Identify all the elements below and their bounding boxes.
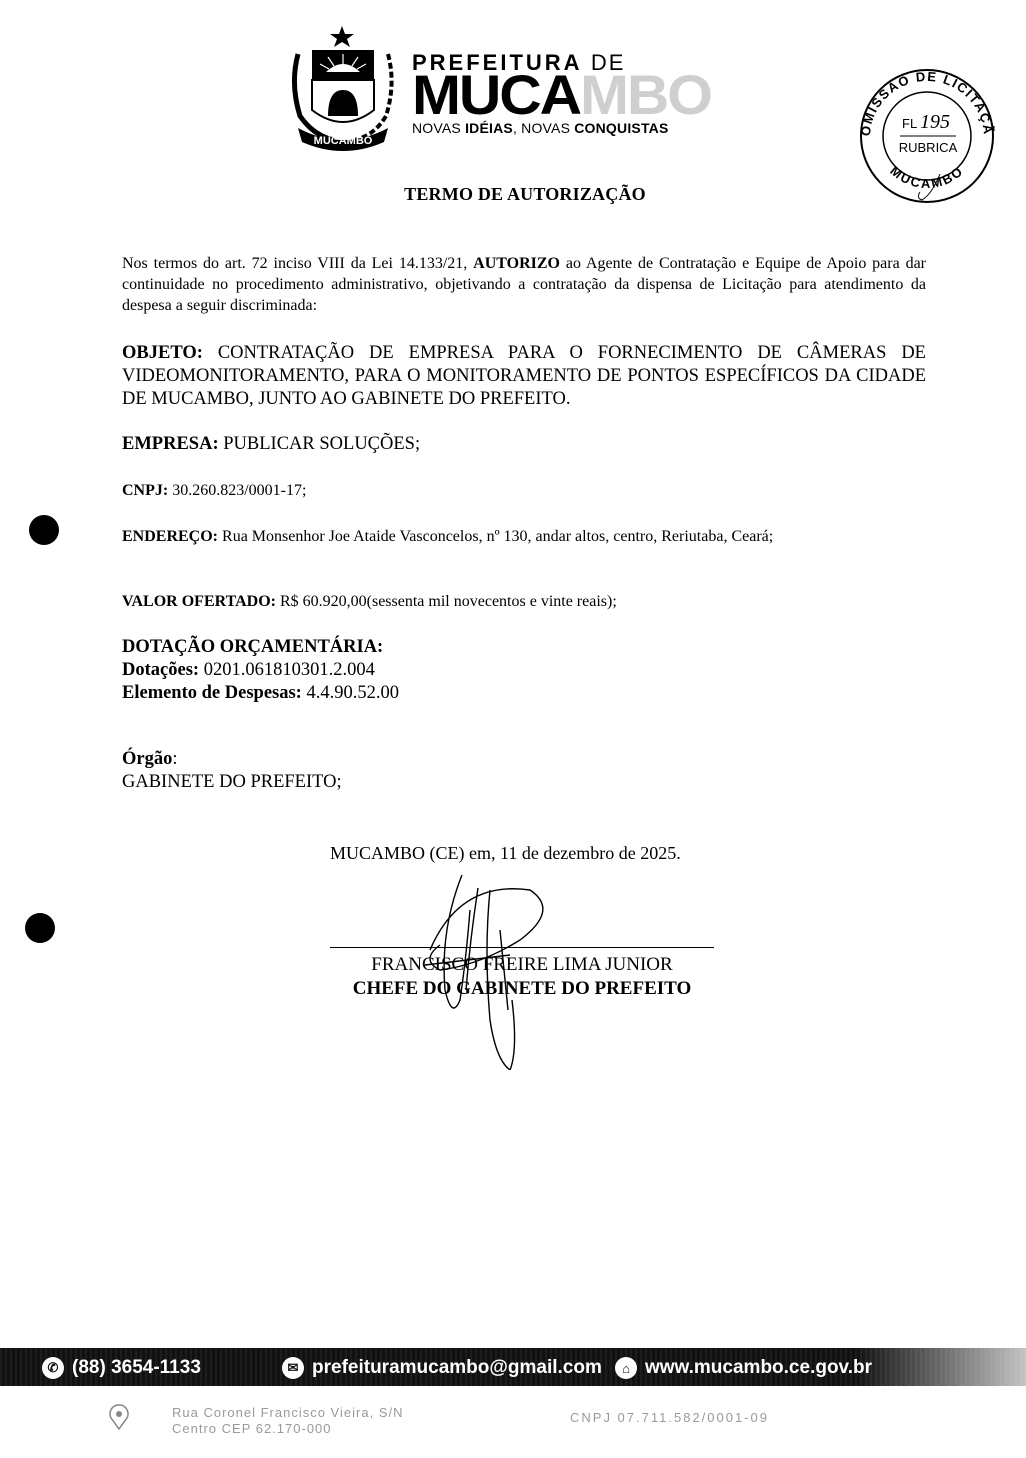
place-date: MUCAMBO (CE) em, 11 de dezembro de 2025.	[330, 843, 681, 864]
field-value: R$ 60.920,00(sessenta mil novecentos e v…	[276, 593, 617, 610]
svg-text:FL: FL	[902, 116, 917, 131]
field-label: VALOR OFERTADO:	[122, 593, 276, 610]
footer-phone: ✆ (88) 3654-1133	[42, 1357, 201, 1379]
signatory-role: CHEFE DO GABINETE DO PREFEITO	[330, 978, 714, 1000]
field-label: EMPRESA:	[122, 434, 219, 454]
footer-cnpj: CNPJ 07.711.582/0001-09	[570, 1410, 769, 1425]
brand-name: MUCAMBO	[412, 72, 711, 118]
field-value: GABINETE DO PREFEITO;	[122, 771, 926, 794]
field-orgao: Órgão: GABINETE DO PREFEITO;	[122, 748, 926, 794]
punch-hole	[29, 515, 59, 545]
field-label: Órgão	[122, 749, 172, 769]
budget-heading: DOTAÇÃO ORÇAMENTÁRIA:	[122, 636, 926, 659]
svg-text:RUBRICA: RUBRICA	[899, 140, 958, 155]
signatory-name: FRANCISCO FREIRE LIMA JUNIOR	[330, 954, 714, 976]
footer-contact-bar: ✆ (88) 3654-1133 ✉ prefeituramucambo@gma…	[0, 1348, 1026, 1386]
field-cnpj: CNPJ: 30.260.823/0001-17;	[122, 480, 926, 501]
location-pin-icon	[108, 1404, 130, 1430]
field-label: CNPJ:	[122, 482, 168, 499]
home-icon: ⌂	[615, 1357, 637, 1379]
field-value: Rua Monsenhor Joe Ataide Vasconcelos, nº…	[218, 528, 773, 545]
signature-line	[330, 947, 714, 948]
brand-wordmark: PREFEITURA DE MUCAMBO NOVAS IDÉIAS, NOVA…	[412, 52, 697, 136]
budget-elemento: Elemento de Despesas: 4.4.90.52.00	[122, 682, 926, 705]
svg-text:MUCAMBO: MUCAMBO	[314, 135, 373, 147]
field-value: PUBLICAR SOLUÇÕES;	[219, 434, 420, 454]
budget-allocation-block: DOTAÇÃO ORÇAMENTÁRIA: Dotações: 0201.061…	[122, 636, 926, 705]
punch-hole	[25, 913, 55, 943]
svg-text:195: 195	[920, 111, 950, 133]
field-label: OBJETO:	[122, 343, 203, 363]
footer-email[interactable]: ✉ prefeituramucambo@gmail.com	[282, 1357, 602, 1379]
authorization-paragraph: Nos termos do art. 72 inciso VIII da Lei…	[122, 253, 926, 316]
field-label: ENDEREÇO:	[122, 528, 218, 545]
field-value: 30.260.823/0001-17;	[168, 482, 306, 499]
field-objeto: OBJETO: CONTRATAÇÃO DE EMPRESA PARA O FO…	[122, 342, 926, 411]
document-title: TERMO DE AUTORIZAÇÃO	[0, 184, 1026, 205]
field-valor-ofertado: VALOR OFERTADO: R$ 60.920,00(sessenta mi…	[122, 591, 926, 612]
budget-dotacoes: Dotações: 0201.061810301.2.004	[122, 659, 926, 682]
footer-address: Rua Coronel Francisco Vieira, S/N Centro…	[172, 1405, 403, 1437]
phone-icon: ✆	[42, 1357, 64, 1379]
field-empresa: EMPRESA: PUBLICAR SOLUÇÕES;	[122, 433, 926, 456]
municipal-crest-logo: MUCAMBO	[284, 24, 404, 154]
mail-icon: ✉	[282, 1357, 304, 1379]
field-endereco: ENDEREÇO: Rua Monsenhor Joe Ataide Vasco…	[122, 526, 882, 547]
field-value: CONTRATAÇÃO DE EMPRESA PARA O FORNECIMEN…	[122, 343, 926, 409]
footer-website[interactable]: ⌂ www.mucambo.ce.gov.br	[615, 1357, 872, 1379]
